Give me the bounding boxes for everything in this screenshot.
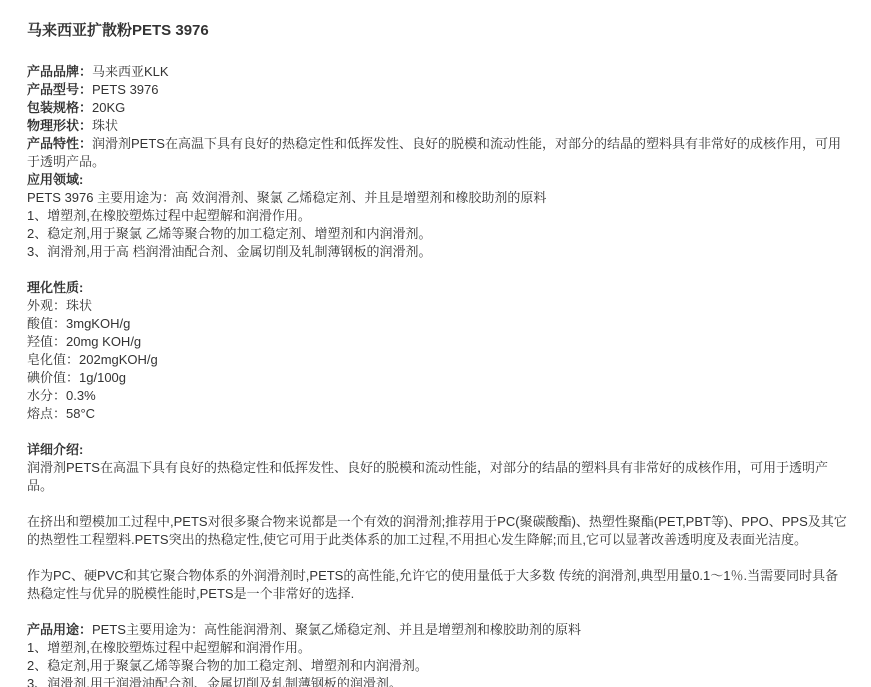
- details-paragraph: 润滑剂PETS在高温下具有良好的热稳定性和低挥发性、良好的脱模和流动性能，对部分…: [27, 459, 851, 495]
- property-label: 水分：: [27, 388, 66, 403]
- application-item: 1、增塑剂,在橡胶塑炼过程中起塑解和润滑作用。: [27, 207, 851, 225]
- property-value: 3mgKOH/g: [66, 316, 130, 331]
- usage-section: 产品用途：PETS主要用途为：高性能润滑剂、聚氯乙烯稳定剂、并且是增塑剂和橡胶助…: [27, 621, 851, 687]
- details-paragraph: 作为PC、硬PVC和其它聚合物体系的外润滑剂时,PETS的高性能,允许它的使用量…: [27, 567, 851, 603]
- product-model-row: 产品型号：PETS 3976: [27, 81, 851, 99]
- property-value: 20mg KOH/g: [66, 334, 141, 349]
- application-section: 应用领域: PETS 3976 主要用途为：高 效润滑剂、聚氯 乙烯稳定剂、并且…: [27, 171, 851, 261]
- property-row-hydroxyl-value: 羟值：20mg KOH/g: [27, 333, 851, 351]
- details-paragraph: 在挤出和塑模加工过程中,PETS对很多聚合物来说都是一个有效的润滑剂;推荐用于P…: [27, 513, 851, 549]
- product-feature-value: 润滑剂PETS在高温下具有良好的热稳定性和低挥发性、良好的脱模和流动性能，对部分…: [27, 136, 841, 169]
- property-label: 熔点：: [27, 406, 66, 421]
- usage-intro-row: 产品用途：PETS主要用途为：高性能润滑剂、聚氯乙烯稳定剂、并且是增塑剂和橡胶助…: [27, 621, 851, 639]
- product-feature-row: 产品特性：润滑剂PETS在高温下具有良好的热稳定性和低挥发性、良好的脱模和流动性…: [27, 135, 851, 171]
- property-row-moisture: 水分：0.3%: [27, 387, 851, 405]
- physical-form-value: 珠状: [92, 118, 118, 133]
- application-item: 2、稳定剂,用于聚氯 乙烯等聚合物的加工稳定剂、增塑剂和内润滑剂。: [27, 225, 851, 243]
- package-spec-value: 20KG: [92, 100, 125, 115]
- property-label: 皂化值：: [27, 352, 79, 367]
- property-value: 58°C: [66, 406, 95, 421]
- usage-item: 2、稳定剂,用于聚氯乙烯等聚合物的加工稳定剂、增塑剂和内润滑剂。: [27, 657, 851, 675]
- property-label: 外观：: [27, 298, 66, 313]
- product-brand-label: 产品品牌：: [27, 64, 92, 79]
- details-section: 详细介绍: 润滑剂PETS在高温下具有良好的热稳定性和低挥发性、良好的脱模和流动…: [27, 441, 851, 495]
- property-row-melting-point: 熔点：58°C: [27, 405, 851, 423]
- property-label: 羟值：: [27, 334, 66, 349]
- product-model-label: 产品型号：: [27, 82, 92, 97]
- application-item: 3、润滑剂,用于高 档润滑油配合剂、金属切削及轧制薄钢板的润滑剂。: [27, 243, 851, 261]
- details-heading: 详细介绍:: [27, 441, 851, 459]
- product-document: 马来西亚扩散粉PETS 3976 产品品牌：马来西亚KLK 产品型号：PETS …: [0, 0, 871, 687]
- usage-label: 产品用途：: [27, 622, 92, 637]
- package-spec-label: 包装规格：: [27, 100, 92, 115]
- usage-item: 1、增塑剂,在橡胶塑炼过程中起塑解和润滑作用。: [27, 639, 851, 657]
- property-label: 碘价值：: [27, 370, 79, 385]
- basic-info-section: 产品品牌：马来西亚KLK 产品型号：PETS 3976 包装规格：20KG 物理…: [27, 63, 851, 171]
- property-row-saponification-value: 皂化值：202mgKOH/g: [27, 351, 851, 369]
- product-brand-row: 产品品牌：马来西亚KLK: [27, 63, 851, 81]
- product-brand-value: 马来西亚KLK: [92, 64, 169, 79]
- physical-form-row: 物理形状：珠状: [27, 117, 851, 135]
- property-value: 1g/100g: [79, 370, 126, 385]
- properties-heading: 理化性质:: [27, 279, 851, 297]
- property-value: 202mgKOH/g: [79, 352, 158, 367]
- property-row-iodine-value: 碘价值：1g/100g: [27, 369, 851, 387]
- usage-item: 3、润滑剂,用于润滑油配合剂、金属切削及轧制薄钢板的润滑剂。: [27, 675, 851, 687]
- product-feature-label: 产品特性：: [27, 136, 92, 151]
- property-row-appearance: 外观：珠状: [27, 297, 851, 315]
- application-intro: PETS 3976 主要用途为：高 效润滑剂、聚氯 乙烯稳定剂、并且是增塑剂和橡…: [27, 189, 851, 207]
- property-value: 0.3%: [66, 388, 96, 403]
- application-heading: 应用领域:: [27, 171, 851, 189]
- package-spec-row: 包装规格：20KG: [27, 99, 851, 117]
- product-model-value: PETS 3976: [92, 82, 159, 97]
- property-row-acid-value: 酸值：3mgKOH/g: [27, 315, 851, 333]
- properties-section: 理化性质: 外观：珠状 酸值：3mgKOH/g 羟值：20mg KOH/g 皂化…: [27, 279, 851, 423]
- property-value: 珠状: [66, 298, 92, 313]
- physical-form-label: 物理形状：: [27, 118, 92, 133]
- usage-intro: PETS主要用途为：高性能润滑剂、聚氯乙烯稳定剂、并且是增塑剂和橡胶助剂的原料: [92, 622, 581, 637]
- property-label: 酸值：: [27, 316, 66, 331]
- page-title: 马来西亚扩散粉PETS 3976: [27, 21, 851, 41]
